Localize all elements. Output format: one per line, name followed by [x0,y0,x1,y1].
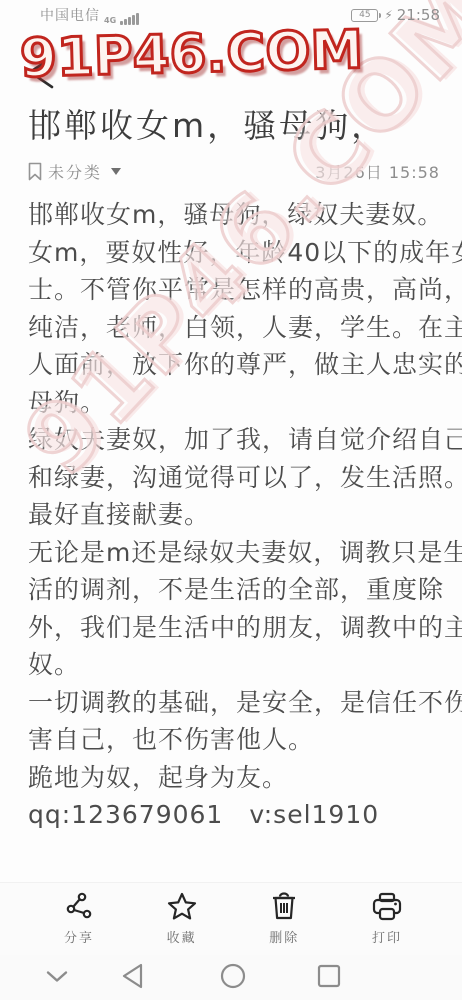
note-line: 跪地为奴，起身为友。 [28,759,442,797]
home-circle-icon [219,962,247,990]
clock-time: 21:58 [397,6,440,24]
share-label: 分享 [64,927,94,946]
note-line: 活的调剂，不是生活的全部，重度除 [28,571,442,609]
note-line: qq:123679061 v:sel1910 [28,796,442,834]
share-button[interactable]: 分享 [44,892,114,946]
signal-strength-icon [120,13,139,25]
note-line: 士。不管你平常是怎样的高贵，高尚， [28,271,442,309]
back-arrow-icon[interactable] [26,56,54,94]
note-line: 害自己，也不伤害他人。 [28,721,442,759]
bottom-toolbar: 分享 收藏 删除 打印 [0,882,462,955]
printer-icon [371,892,403,922]
category-selector[interactable]: 未分类 [28,160,121,183]
share-icon [64,892,94,922]
nav-recents-button[interactable] [316,963,342,993]
chevron-down-icon [45,969,69,983]
notes-app-screen: 中国电信 4G 45 ⚡︎ 21:58 91P46.COM 91P46.COM … [0,0,462,1000]
note-line: 人面前，放下你的尊严，做主人忠实的 [28,346,442,384]
note-line: 最好直接献妻。 [28,496,442,534]
network-type-label: 4G [104,17,116,25]
navigation-bar [0,955,462,1000]
bookmark-icon [28,162,42,181]
note-body[interactable]: 邯郸收女m，骚母狗，绿奴夫妻奴。 女m，要奴性好，年龄40以下的成年女 士。不管… [28,196,442,834]
battery-percent: 45 [359,10,370,20]
delete-label: 删除 [269,927,299,946]
delete-button[interactable]: 删除 [249,892,319,946]
star-icon [166,892,198,922]
note-date: 3月26日 15:58 [315,160,440,183]
back-triangle-icon [119,962,145,990]
note-line: 奴。 [28,646,442,684]
trash-icon [269,892,299,922]
nav-back-button[interactable] [119,962,145,994]
status-bar: 中国电信 4G 45 ⚡︎ 21:58 [0,0,462,30]
carrier-label: 中国电信 [40,5,100,25]
battery-icon: 45 [351,9,378,22]
note-line: 和绿妻，沟通觉得可以了，发生活照。 [28,459,442,497]
note-line: 纯洁，老师，白领，人妻，学生。在主 [28,309,442,347]
note-line: 母狗。 [28,384,442,422]
favorite-button[interactable]: 收藏 [147,892,217,946]
top-watermark: 91P46.COM [19,20,364,90]
hide-navbar-button[interactable] [45,968,69,987]
note-line: 无论是m还是绿奴夫妻奴，调教只是生 [28,534,442,572]
print-button[interactable]: 打印 [352,892,422,946]
note-line: 绿奴夫妻奴，加了我，请自觉介绍自己 [28,421,442,459]
note-line: 一切调教的基础，是安全，是信任不伤 [28,684,442,722]
recents-square-icon [316,963,342,989]
note-line: 女m，要奴性好，年龄40以下的成年女 [28,234,442,272]
chevron-down-icon [111,168,121,175]
note-title[interactable]: 邯郸收女m，骚母狗， [28,100,438,147]
note-line: 外，我们是生活中的朋友，调教中的主 [28,609,442,647]
favorite-label: 收藏 [167,927,197,946]
print-label: 打印 [372,927,402,946]
nav-home-button[interactable] [219,962,247,994]
category-label: 未分类 [48,160,102,183]
charging-bolt-icon: ⚡︎ [384,8,392,22]
note-line: 邯郸收女m，骚母狗，绿奴夫妻奴。 [28,196,442,234]
note-meta-row: 未分类 3月26日 15:58 [28,158,440,184]
